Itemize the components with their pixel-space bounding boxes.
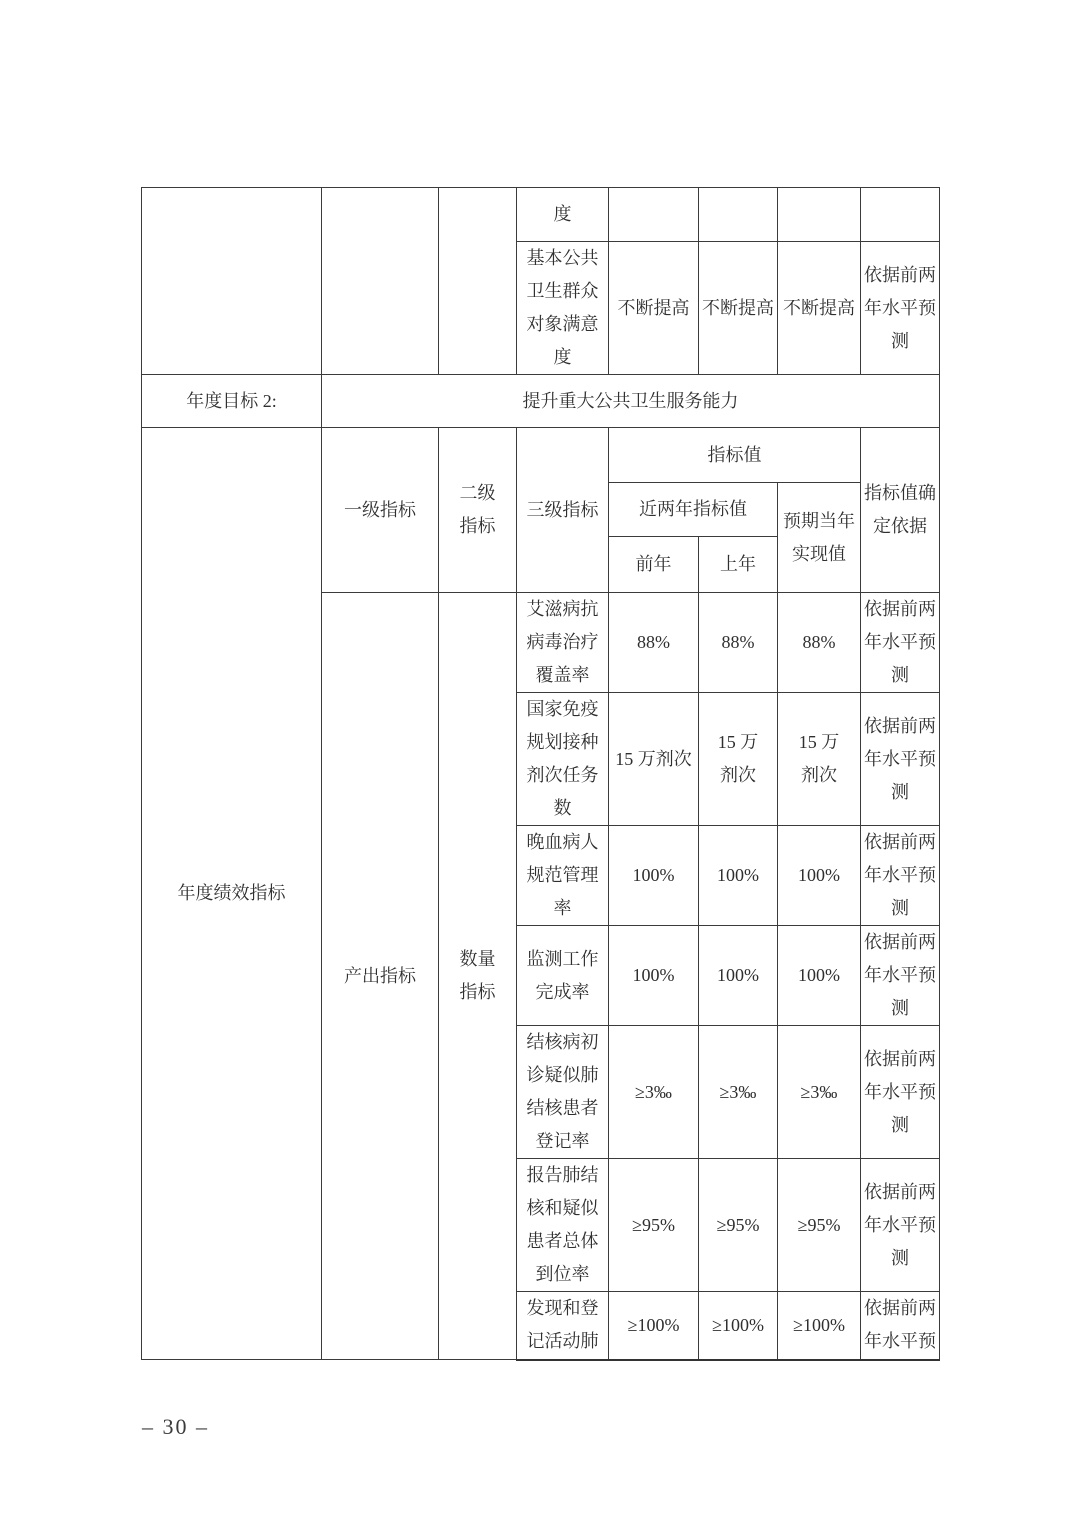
basis-cell: 依据前两 年水平预 测 [861, 693, 940, 826]
value-expected-cell: ≥100% [778, 1292, 861, 1360]
indicator-cell: 报告肺结 核和疑似 患者总体 到位率 [517, 1159, 609, 1292]
value-expected-cell: ≥3‰ [778, 1026, 861, 1159]
value-last-year-cell: 100% [699, 826, 778, 926]
indicator-cell: 度 [517, 188, 609, 242]
value-prev-year-cell: 15 万剂次 [609, 693, 699, 826]
empty-cell [439, 188, 517, 375]
performance-indicator-table: 度 基本公共 卫生群众 对象满意 度 不断提高 不断提高 不断提高 依据前两 年… [141, 187, 940, 1361]
header-indicator-value-cell: 指标值 [609, 428, 861, 483]
section-label-cell: 年度绩效指标 [142, 428, 322, 1360]
value-expected-cell: ≥95% [778, 1159, 861, 1292]
indicator-cell: 国家免疫 规划接种 剂次任务 数 [517, 693, 609, 826]
value-prev-year-cell: ≥95% [609, 1159, 699, 1292]
value-last-year-cell: ≥3‰ [699, 1026, 778, 1159]
value-expected-cell: 100% [778, 826, 861, 926]
value-last-year-cell: 88% [699, 593, 778, 693]
document-page: 度 基本公共 卫生群众 对象满意 度 不断提高 不断提高 不断提高 依据前两 年… [0, 0, 1074, 1520]
header-last-year-cell: 上年 [699, 537, 778, 593]
header-basis-cell: 指标值确 定依据 [861, 428, 940, 593]
indicator-cell: 基本公共 卫生群众 对象满意 度 [517, 242, 609, 375]
value-last-year-cell: 15 万 剂次 [699, 693, 778, 826]
value-prev-year-cell: 100% [609, 926, 699, 1026]
value-last-year-cell: 100% [699, 926, 778, 1026]
group-level2-cell: 数量 指标 [439, 593, 517, 1360]
basis-cell: 依据前两 年水平预 测 [861, 1159, 940, 1292]
header-row-1: 年度绩效指标 一级指标 二级 指标 三级指标 指标值 指标值确 定依据 [142, 428, 940, 483]
indicator-cell: 艾滋病抗 病毒治疗 覆盖率 [517, 593, 609, 693]
value-prev-year-cell: 88% [609, 593, 699, 693]
header-level3-cell: 三级指标 [517, 428, 609, 593]
value-prev-year-cell: ≥3‰ [609, 1026, 699, 1159]
indicator-cell: 结核病初 诊疑似肺 结核患者 登记率 [517, 1026, 609, 1159]
value-prev-year-cell: 不断提高 [609, 242, 699, 375]
annual-goal-row: 年度目标 2: 提升重大公共卫生服务能力 [142, 375, 940, 428]
empty-cell [861, 188, 940, 242]
carryover-row-1: 度 [142, 188, 940, 242]
value-last-year-cell: ≥100% [699, 1292, 778, 1360]
basis-cell: 依据前两 年水平预 测 [861, 1026, 940, 1159]
empty-cell [609, 188, 699, 242]
indicator-cell: 监测工作 完成率 [517, 926, 609, 1026]
header-expected-cell: 预期当年 实现值 [778, 483, 861, 593]
annual-goal-label: 年度目标 2: [142, 375, 322, 428]
basis-cell: 依据前两 年水平预 测 [861, 826, 940, 926]
basis-cell: 依据前两 年水平预 [861, 1292, 940, 1360]
empty-cell [142, 188, 322, 375]
basis-cell: 依据前两 年水平预 测 [861, 593, 940, 693]
value-prev-year-cell: 100% [609, 826, 699, 926]
empty-cell [322, 188, 439, 375]
empty-cell [699, 188, 778, 242]
value-expected-cell: 不断提高 [778, 242, 861, 375]
value-expected-cell: 88% [778, 593, 861, 693]
value-expected-cell: 15 万 剂次 [778, 693, 861, 826]
value-last-year-cell: ≥95% [699, 1159, 778, 1292]
group-level1-cell: 产出指标 [322, 593, 439, 1360]
indicator-cell: 发现和登 记活动肺 [517, 1292, 609, 1360]
header-recent-two-years-cell: 近两年指标值 [609, 483, 778, 537]
value-prev-year-cell: ≥100% [609, 1292, 699, 1360]
value-last-year-cell: 不断提高 [699, 242, 778, 375]
page-number: – 30 – [142, 1414, 209, 1440]
basis-cell: 依据前两 年水平预 测 [861, 926, 940, 1026]
basis-cell: 依据前两 年水平预 测 [861, 242, 940, 375]
value-expected-cell: 100% [778, 926, 861, 1026]
header-level1-cell: 一级指标 [322, 428, 439, 593]
header-level2-cell: 二级 指标 [439, 428, 517, 593]
annual-goal-value: 提升重大公共卫生服务能力 [322, 375, 940, 428]
empty-cell [778, 188, 861, 242]
indicator-cell: 晚血病人 规范管理 率 [517, 826, 609, 926]
header-prev-year-cell: 前年 [609, 537, 699, 593]
